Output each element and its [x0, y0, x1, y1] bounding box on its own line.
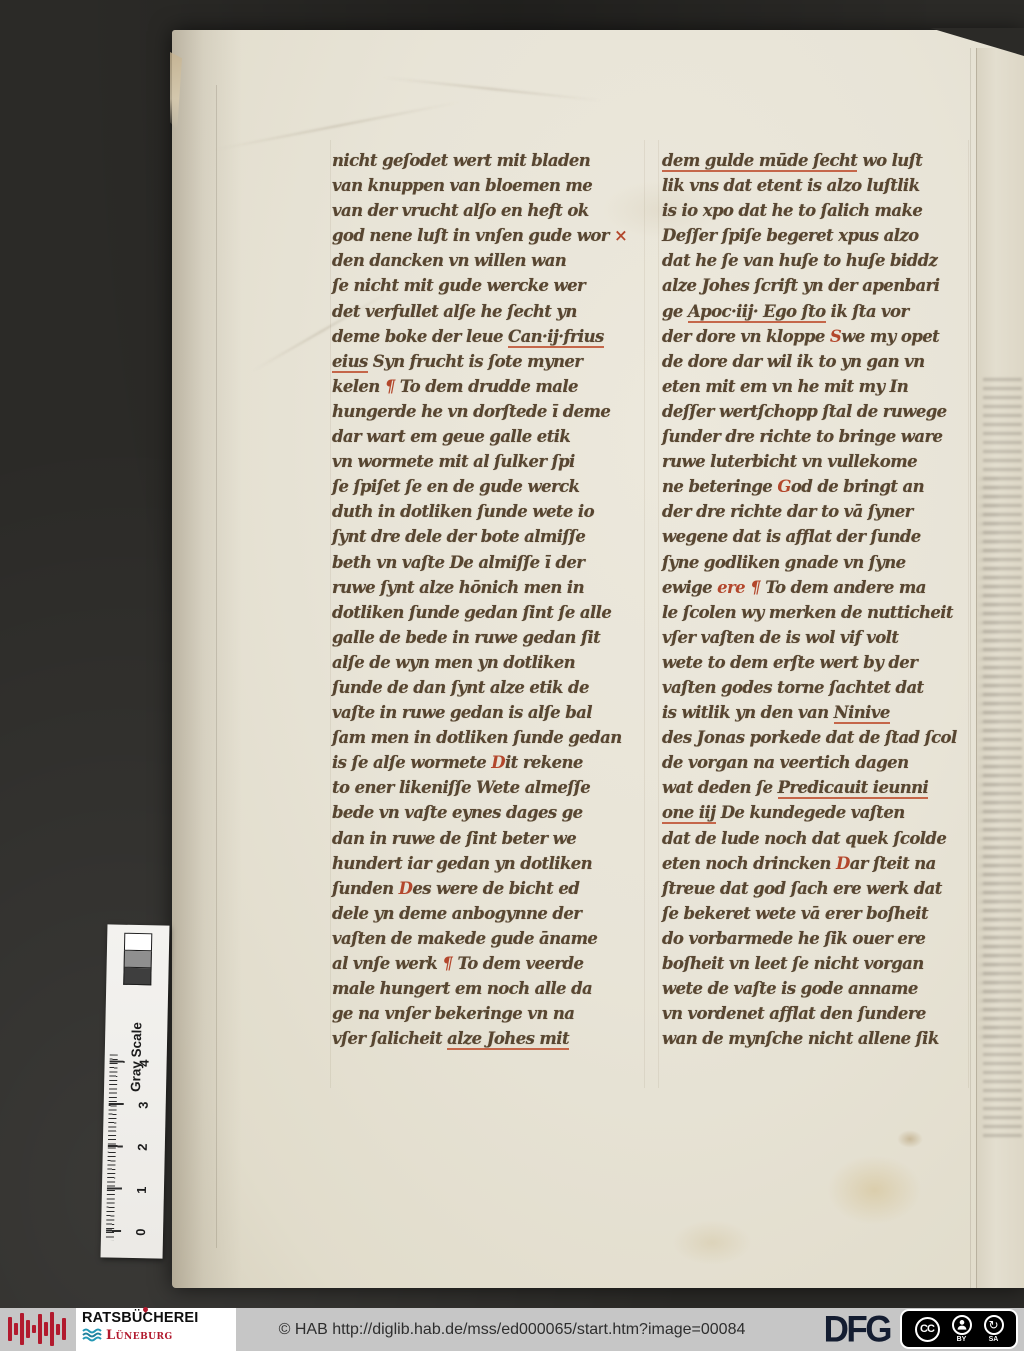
manuscript-line: dar wart em geue galle etik	[332, 424, 640, 449]
ink-text: vn wormete mit al ſulker ſpi	[332, 452, 575, 471]
ink-text: den dancken vn willen wan	[332, 251, 566, 270]
manuscript-line: one iij De kundegede vaſten	[662, 800, 972, 825]
ink-text: eten noch drincken	[662, 854, 836, 873]
ink-text: der dore vn kloppe	[662, 327, 830, 346]
manuscript-line: ge Apoc·iij· Ego ſto ik ſta vor	[662, 299, 972, 324]
ink-text: nicht geſodet wert mit bladen	[332, 151, 590, 170]
manuscript-line: der dore vn kloppe Swe my opet	[662, 324, 972, 349]
cc-license-badge[interactable]: CC BY ↻ SA	[900, 1309, 1018, 1349]
ink-text: deme boke der leue	[332, 327, 508, 346]
ink-text: beth vn vaſte De almiſſe ī der	[332, 553, 584, 572]
ink-text: Syn frucht is ſote myner	[368, 352, 583, 371]
ink-text: bede vn vaſte eynes dages ge	[332, 803, 583, 822]
red-underlined-text: alze Johes mit	[447, 1029, 569, 1050]
ink-text: ge na vnſer bekeringe vn na	[332, 1004, 574, 1023]
ink-text: ſyne godliken gnade vn ſyne	[662, 553, 906, 572]
ink-text: is witlik yn den van	[662, 703, 834, 722]
manuscript-line: al vnſe werk ¶ To dem veerde	[332, 951, 640, 976]
red-underlined-text: eius	[332, 352, 368, 373]
manuscript-line: ne beteringe God de bringt an	[662, 474, 972, 499]
manuscript-line: deſſer wertſchopp ſtal de ruwege	[662, 399, 972, 424]
manuscript-line: do vorbarmede he ſik ouer ere	[662, 926, 972, 951]
ink-text: dele yn deme anbogynne der	[332, 904, 581, 923]
manuscript-line: de dore dar wil ik to yn gan vn	[662, 349, 972, 374]
ink-text: alze Johes ſcrift yn der apenbari	[662, 276, 939, 295]
manuscript-line: ſunder dre richte to bringe ware	[662, 424, 972, 449]
ink-text: alſe de wyn men yn dotliken	[332, 653, 575, 672]
manuscript-line: wat deden ſe Predicauit ieunni	[662, 775, 972, 800]
manuscript-line: ſunden Des were de bicht ed	[332, 876, 640, 901]
ink-text: duth in dotliken ſunde wete io	[332, 502, 594, 521]
ink-text: vaſten de makede gude āname	[332, 929, 597, 948]
ink-text: ſunde de dan ſynt alze etik de	[332, 678, 589, 697]
manuscript-line: is ſe alſe wormete Dit rekene	[332, 750, 640, 775]
manuscript-line: deme boke der leue Can·ij·frius	[332, 324, 640, 349]
ink-text: To dem drudde male	[400, 377, 578, 396]
ink-text: ik ſta vor	[826, 302, 909, 321]
parchment-stain	[897, 1130, 923, 1148]
manuscript-line: des Jonas porkede dat de ſtad ſcol	[662, 725, 972, 750]
ink-text: ſe bekeret wete vā erer boſheit	[662, 904, 928, 923]
ink-text: To dem andere ma	[765, 578, 926, 597]
ruler-number: 0	[133, 1221, 147, 1243]
ink-text: do vorbarmede he ſik ouer ere	[662, 929, 925, 948]
manuscript-line: det verfullet alſe he ſecht yn	[332, 299, 640, 324]
ink-text: galle de bede in ruwe gedan ſit	[332, 628, 600, 647]
manuscript-line: eten noch drincken Dar ſteit na	[662, 851, 972, 876]
ink-text: ruwe ſynt alze hōnich men in	[332, 578, 584, 597]
ink-text: male hungert em noch alle da	[332, 979, 592, 998]
manuscript-line: den dancken vn willen wan	[332, 248, 640, 273]
ink-text: le ſcolen wy merken de nutticheit	[662, 603, 953, 622]
ink-text: Deſſer ſpiſe begeret xpus alzo	[662, 226, 919, 245]
ink-text: dan in ruwe de ſint beter we	[332, 829, 576, 848]
ink-text: ſe nicht mit gude wercke wer	[332, 276, 585, 295]
manuscript-line: dat de lude noch dat quek ſcolde	[662, 826, 972, 851]
manuscript-line: ſyne godliken gnade vn ſyne	[662, 550, 972, 575]
ink-text: ruwe luterbicht vn vullekome	[662, 452, 917, 471]
manuscript-line: dem gulde mūde ſecht wo luſt	[662, 148, 972, 173]
ink-text: to ener likeniſſe Wete almeſſe	[332, 778, 590, 797]
ink-text: van knuppen van bloemen me	[332, 176, 592, 195]
ink-text: van der vrucht alſo en heft ok	[332, 201, 589, 220]
ink-text: De kundegede vaſten	[716, 803, 905, 822]
manuscript-line: boſheit vn leet ſe nicht vorgan	[662, 951, 972, 976]
rubric-text: S	[830, 327, 841, 346]
manuscript-line: beth vn vaſte De almiſſe ī der	[332, 550, 640, 575]
manuscript-line: vſer vaſten de is wol vif volt	[662, 625, 972, 650]
manuscript-line: vn wormete mit al ſulker ſpi	[332, 449, 640, 474]
ink-text: hundert iar gedan yn dotliken	[332, 854, 592, 873]
binding-gutter-shadow	[172, 30, 242, 1288]
ink-text: To dem veerde	[457, 954, 583, 973]
patch-dark-gray	[123, 968, 151, 986]
ink-text: det verfullet alſe he ſecht yn	[332, 302, 577, 321]
column-ruling-line	[658, 140, 659, 1088]
manuscript-line: alſe de wyn men yn dotliken	[332, 650, 640, 675]
red-underlined-text: one iij	[662, 803, 716, 824]
manuscript-line: wete to dem erſte wert by der	[662, 650, 972, 675]
ink-text: ewige	[662, 578, 717, 597]
ink-text: vn vordenet afflat den ſundere	[662, 1004, 926, 1023]
manuscript-line: hungerde he vn dorſtede ī deme	[332, 399, 640, 424]
manuscript-line: lik vns dat etent is alzo luſtlik	[662, 173, 972, 198]
manuscript-line: dotliken ſunde gedan ſint ſe alle	[332, 600, 640, 625]
ink-text: de vorgan na veertich dagen	[662, 753, 908, 772]
patch-mid-gray	[124, 951, 152, 969]
patch-white	[124, 933, 152, 952]
ink-text: wegene dat is afflat der ſunde	[662, 527, 921, 546]
rubric-text: D	[836, 854, 850, 873]
manuscript-line: ge na vnſer bekeringe vn na	[332, 1001, 640, 1026]
ink-text: wete to dem erſte wert by der	[662, 653, 917, 672]
manuscript-line: ruwe ſynt alze hōnich men in	[332, 575, 640, 600]
manuscript-line: dat he ſe van huſe to huſe biddz	[662, 248, 972, 273]
rubric-text: ×	[609, 226, 627, 245]
ink-text: ge	[662, 302, 688, 321]
ink-text: es were de bicht ed	[412, 879, 579, 898]
parchment-stain	[672, 1220, 752, 1265]
ruler-number: 1	[134, 1179, 148, 1201]
ink-text: god nene luſt in vnſen gude wor	[332, 226, 609, 245]
dfg-logo[interactable]: DFG	[824, 1308, 890, 1351]
parchment-crease	[214, 101, 460, 151]
ink-text: ſam men in dotliken ſunde gedan	[332, 728, 622, 747]
ink-text: kelen	[332, 377, 385, 396]
gray-scale-patches	[123, 933, 152, 986]
sa-arrow-icon: ↻	[984, 1315, 1004, 1335]
license-by: BY	[952, 1315, 972, 1344]
ink-text: vaſten godes torne ſachtet dat	[662, 678, 924, 697]
ghost-text-next-page	[979, 478, 998, 1038]
ink-text: is io xpo dat he to ſalich make	[662, 201, 922, 220]
manuscript-line: to ener likeniſſe Wete almeſſe	[332, 775, 640, 800]
gray-scale-ruler: Gray Scale 4 3 2 1 0	[101, 924, 170, 1258]
ink-text: it rekene	[505, 753, 583, 772]
manuscript-line: der dre richte dar to vā ſyner	[662, 499, 972, 524]
ink-text: ſunden	[332, 879, 399, 898]
ink-text: od de bringt an	[791, 477, 924, 496]
page-edge-line	[970, 48, 971, 1288]
manuscript-line: vaſten godes torne ſachtet dat	[662, 675, 972, 700]
rubric-text: ¶	[385, 377, 400, 396]
manuscript-line: is witlik yn den van Ninive	[662, 700, 972, 725]
manuscript-line: vn vordenet afflat den ſundere	[662, 1001, 972, 1026]
ink-text: dar wart em geue galle etik	[332, 427, 570, 446]
by-person-icon	[952, 1315, 972, 1335]
manuscript-line: ewige ere ¶ To dem andere ma	[662, 575, 972, 600]
manuscript-line: ſunde de dan ſynt alze etik de	[332, 675, 640, 700]
cc-logo-icon: CC	[915, 1317, 940, 1342]
parchment-crease	[382, 77, 601, 102]
ruler-number: 2	[135, 1136, 149, 1158]
footer-bar: RATSBÜCHEREI Lüneburg © HAB http://digli…	[0, 1308, 1024, 1351]
ink-text: ſynt dre dele der bote almiſſe	[332, 527, 585, 546]
ink-text: lik vns dat etent is alzo luſtlik	[662, 176, 919, 195]
ink-text: ſe ſpiſet ſe en de gude werck	[332, 477, 579, 496]
ink-text: wan de mynſche nicht allene ſik	[662, 1029, 939, 1048]
ink-text: we my opet	[841, 327, 939, 346]
manuscript-line: de vorgan na veertich dagen	[662, 750, 972, 775]
ink-text: al vnſe werk	[332, 954, 442, 973]
ink-text: vſer vaſten de is wol vif volt	[662, 628, 898, 647]
manuscript-line: bede vn vaſte eynes dages ge	[332, 800, 640, 825]
manuscript-line: is io xpo dat he to ſalich make	[662, 198, 972, 223]
column-ruling-line	[330, 140, 331, 1088]
ink-text: ar ſteit na	[850, 854, 936, 873]
ink-text: des Jonas porkede dat de ſtad ſcol	[662, 728, 957, 747]
manuscript-line: ſam men in dotliken ſunde gedan	[332, 725, 640, 750]
manuscript-line: ſe ſpiſet ſe en de gude werck	[332, 474, 640, 499]
viewer-canvas: { "colors":{ "bg":"#2b2a27", "parchment"…	[0, 0, 1024, 1351]
ink-text: eten mit em vn he mit my In	[662, 377, 908, 396]
manuscript-line: wegene dat is afflat der ſunde	[662, 524, 972, 549]
rubric-text: ere ¶	[717, 578, 765, 597]
manuscript-line: wete de vaſte is gode anname	[662, 976, 972, 1001]
ink-text: boſheit vn leet ſe nicht vorgan	[662, 954, 924, 973]
manuscript-line: le ſcolen wy merken de nutticheit	[662, 600, 972, 625]
manuscript-line: vſer ſalicheit alze Johes mit	[332, 1026, 640, 1051]
manuscript-line: kelen ¶ To dem drudde male	[332, 374, 640, 399]
manuscript-line: Deſſer ſpiſe begeret xpus alzo	[662, 223, 972, 248]
rubric-text: D	[399, 879, 413, 898]
manuscript-line: galle de bede in ruwe gedan ſit	[332, 625, 640, 650]
manuscript-line: eten mit em vn he mit my In	[662, 374, 972, 399]
manuscript-line: male hungert em noch alle da	[332, 976, 640, 1001]
manuscript-line: wan de mynſche nicht allene ſik	[662, 1026, 972, 1051]
manuscript-line: dan in ruwe de ſint beter we	[332, 826, 640, 851]
manuscript-text-column-right: dem gulde mūde ſecht wo luſtlik vns dat …	[662, 148, 972, 1051]
ink-text: ſtreue dat god ſach ere werk dat	[662, 879, 942, 898]
ink-text: de dore dar wil ik to yn gan vn	[662, 352, 925, 371]
manuscript-line: hundert iar gedan yn dotliken	[332, 851, 640, 876]
manuscript-line: van knuppen van bloemen me	[332, 173, 640, 198]
manuscript-line: ſe bekeret wete vā erer boſheit	[662, 901, 972, 926]
ink-text: dotliken ſunde gedan ſint ſe alle	[332, 603, 611, 622]
manuscript-line: van der vrucht alſo en heft ok	[332, 198, 640, 223]
manuscript-line: eius Syn frucht is ſote myner	[332, 349, 640, 374]
manuscript-line: ruwe luterbicht vn vullekome	[662, 449, 972, 474]
parchment-stain	[827, 1155, 922, 1225]
ink-text: wat deden ſe	[662, 778, 778, 797]
manuscript-line: nicht geſodet wert mit bladen	[332, 148, 640, 173]
ink-text: hungerde he vn dorſtede ī deme	[332, 402, 610, 421]
ruler-number: 3	[135, 1094, 149, 1116]
ink-text: der dre richte dar to vā ſyner	[662, 502, 913, 521]
manuscript-page-scan: nicht geſodet wert mit bladenvan knuppen…	[172, 30, 1024, 1288]
ruler-number: 4	[136, 1052, 150, 1074]
manuscript-line: dele yn deme anbogynne der	[332, 901, 640, 926]
rubric-text: G	[777, 477, 791, 496]
ink-text: vaſte in ruwe gedan is alſe bal	[332, 703, 592, 722]
ink-text: dat de lude noch dat quek ſcolde	[662, 829, 946, 848]
manuscript-line: god nene luſt in vnſen gude wor ×	[332, 223, 640, 248]
manuscript-line: ſynt dre dele der bote almiſſe	[332, 524, 640, 549]
manuscript-line: vaſten de makede gude āname	[332, 926, 640, 951]
book-fore-edge	[976, 48, 1024, 1288]
manuscript-text-column-left: nicht geſodet wert mit bladenvan knuppen…	[332, 148, 640, 1051]
manuscript-line: ſtreue dat god ſach ere werk dat	[662, 876, 972, 901]
ink-text: dat he ſe van huſe to huſe biddz	[662, 251, 937, 270]
red-underlined-text: Apoc·iij· Ego ſto	[688, 302, 826, 323]
ink-text: deſſer wertſchopp ſtal de ruwege	[662, 402, 947, 421]
manuscript-line: duth in dotliken ſunde wete io	[332, 499, 640, 524]
manuscript-line: vaſte in ruwe gedan is alſe bal	[332, 700, 640, 725]
rubric-text: ¶	[442, 954, 457, 973]
column-ruling-line	[644, 140, 645, 1088]
ruler-ticks	[106, 1054, 126, 1240]
license-sa: ↻ SA	[984, 1315, 1004, 1344]
red-underlined-text: Ninive	[834, 703, 890, 724]
ink-text: wete de vaſte is gode anname	[662, 979, 918, 998]
red-underlined-text: dem gulde mūde ſecht	[662, 151, 857, 172]
manuscript-line: ſe nicht mit gude wercke wer	[332, 273, 640, 298]
ink-text: ne beteringe	[662, 477, 777, 496]
red-underlined-text: Can·ij·frius	[508, 327, 604, 348]
ink-text: ſunder dre richte to bringe ware	[662, 427, 942, 446]
rubric-text: D	[491, 753, 505, 772]
ink-text: vſer ſalicheit	[332, 1029, 447, 1048]
ink-text: is ſe alſe wormete	[332, 753, 491, 772]
manuscript-line: alze Johes ſcrift yn der apenbari	[662, 273, 972, 298]
red-underlined-text: Predicauit ieunni	[778, 778, 929, 799]
ink-text: wo luſt	[857, 151, 922, 170]
gutter-crease-line	[216, 85, 217, 1248]
